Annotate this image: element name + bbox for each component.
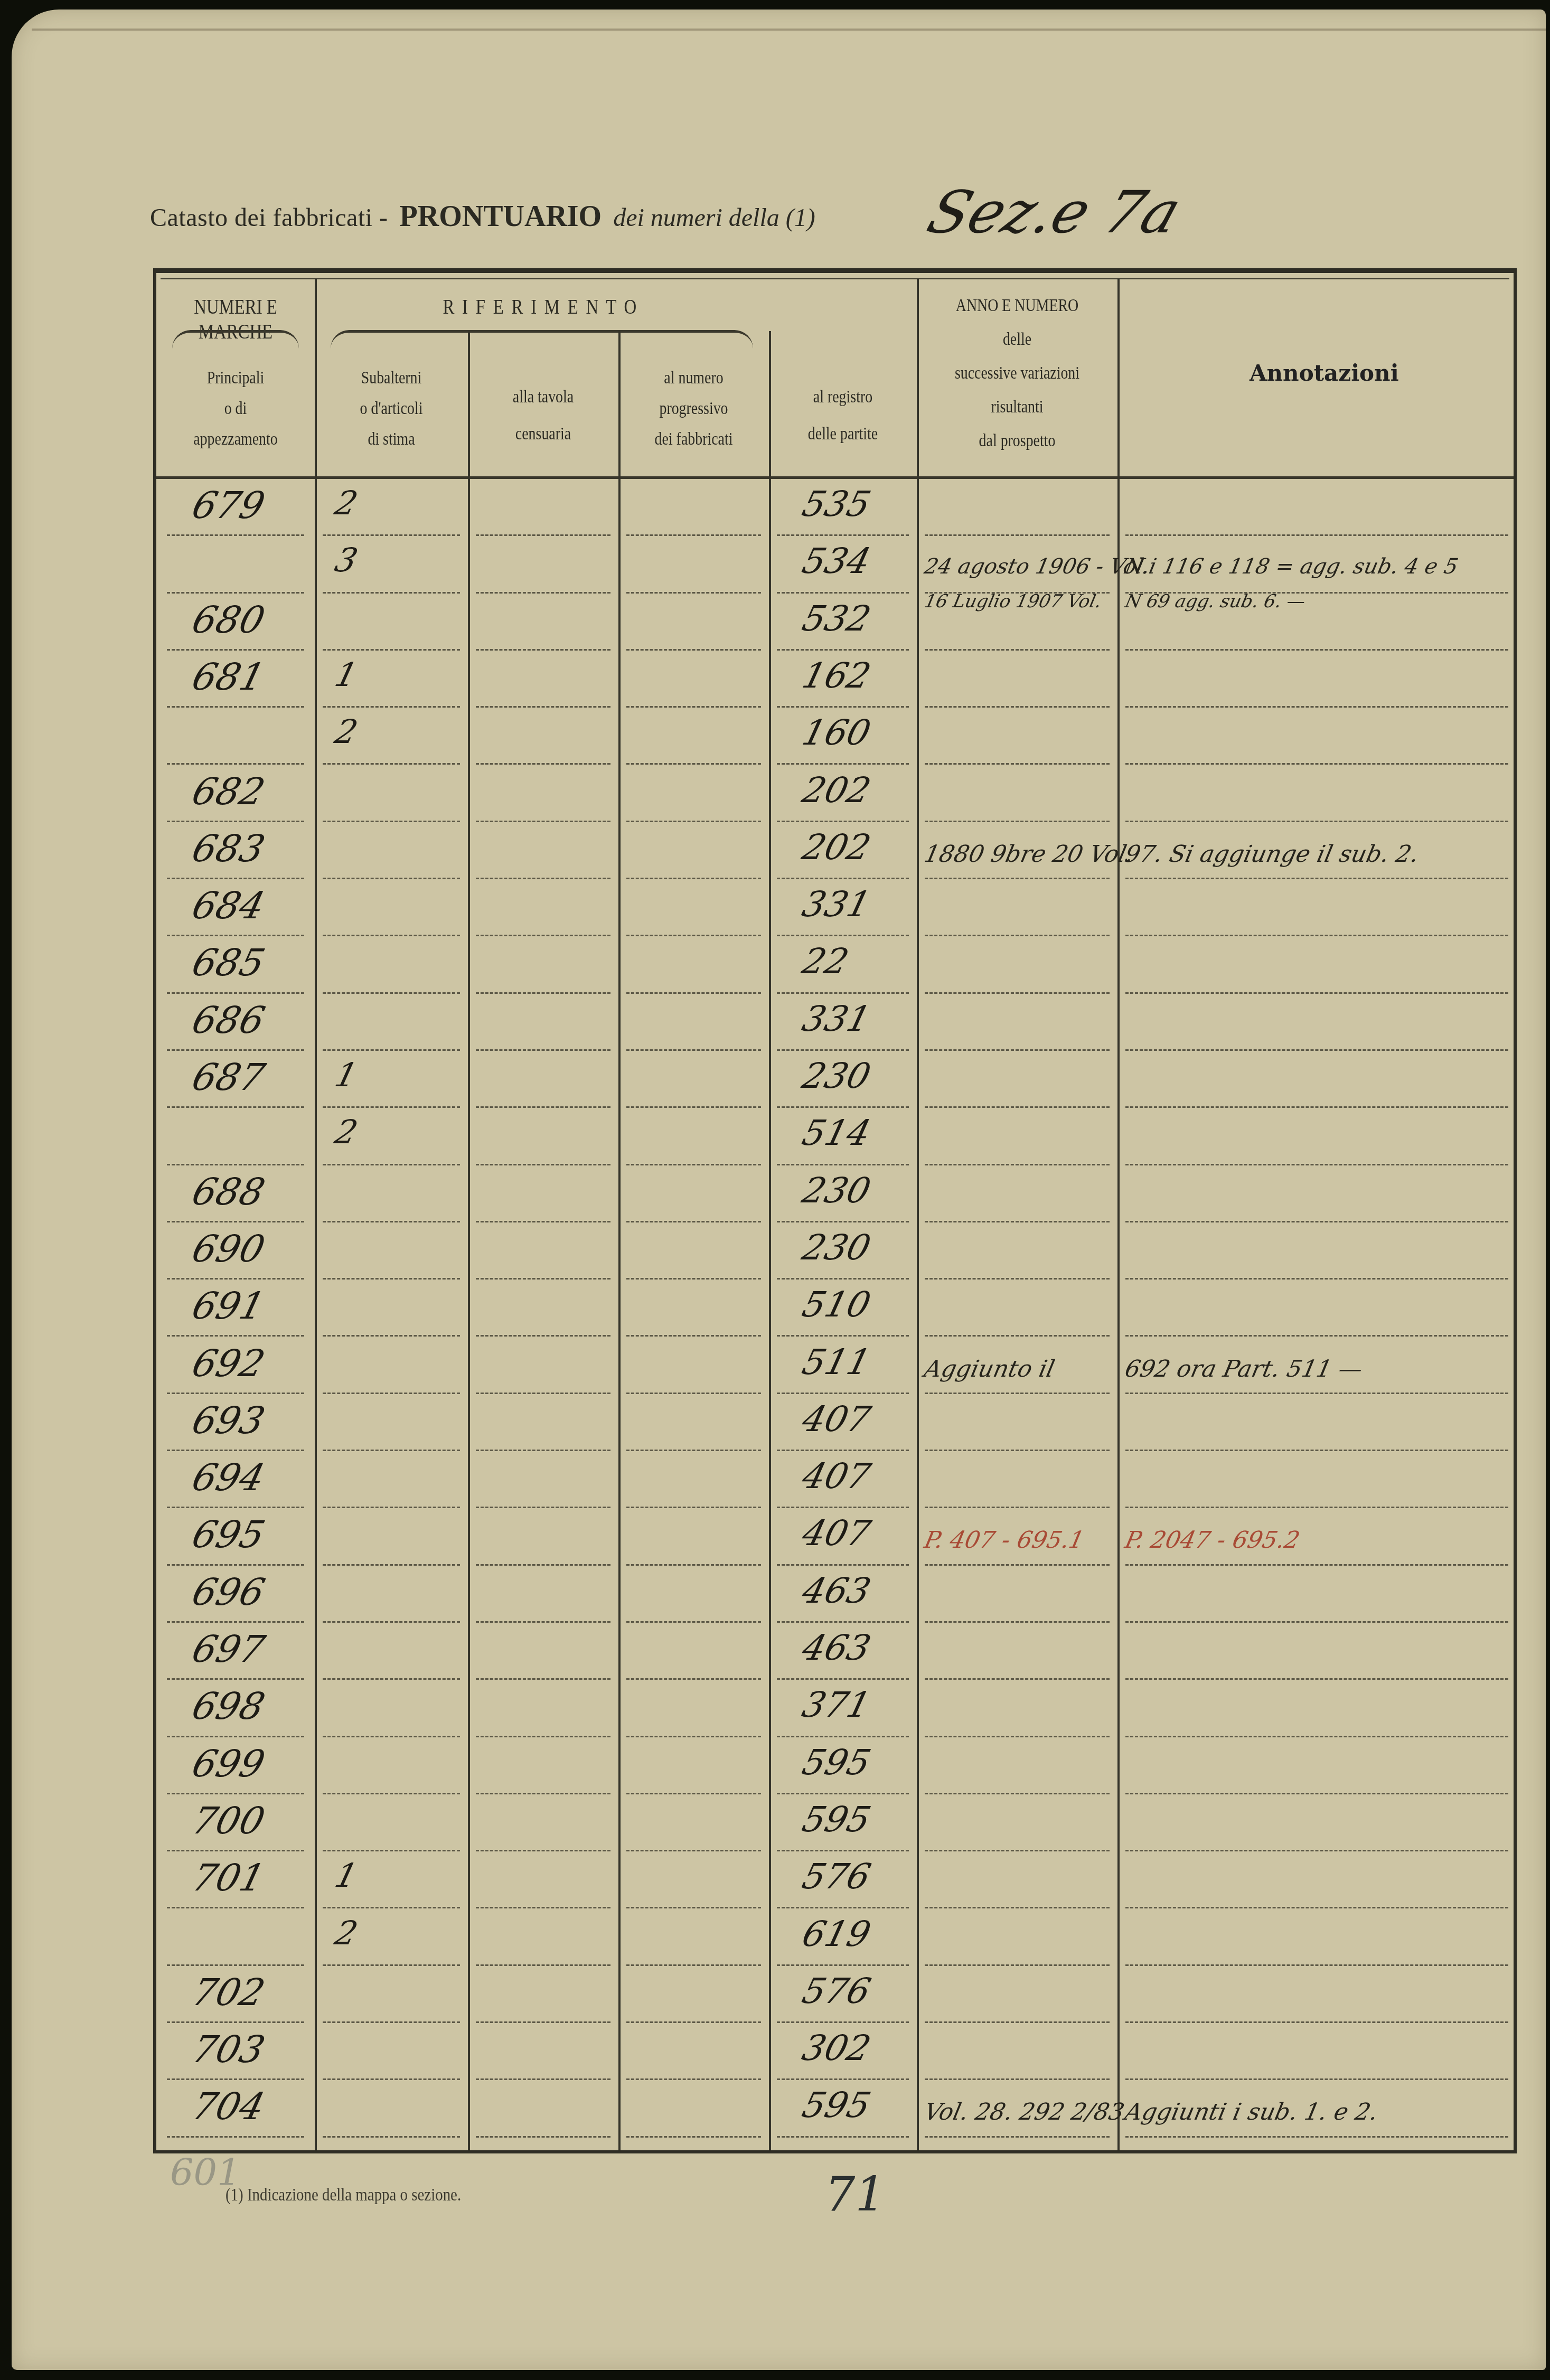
row-rule (476, 2021, 610, 2023)
header-text: al registro (782, 379, 904, 416)
row-rule (167, 1564, 304, 1566)
row-rule (925, 2078, 1110, 2080)
row-rule (476, 1450, 610, 1451)
header-annotazioni: Annotazioni (1250, 360, 1399, 386)
cell-principale: 693 (188, 1399, 269, 1442)
row-rule (626, 1793, 761, 1794)
row-rule (167, 1221, 304, 1222)
row-rule (167, 821, 304, 822)
row-rule (777, 1106, 909, 1108)
row-rule (925, 1678, 1110, 1680)
row-rule (167, 2021, 304, 2023)
row-rule (777, 1335, 909, 1337)
cell-subalterno: 2 (331, 1914, 362, 1952)
row-rule (167, 763, 304, 765)
row-rule (626, 1507, 761, 1508)
row-rule (777, 1907, 909, 1908)
row-rule (323, 1793, 460, 1794)
cell-registro: 532 (798, 598, 875, 639)
row-rule (167, 1621, 304, 1623)
row-rule (626, 2078, 761, 2080)
row-rule (323, 1736, 460, 1737)
row-rule (476, 1678, 610, 1680)
header-text: dal prospetto (935, 424, 1100, 458)
header-text: Subalterni (328, 363, 454, 393)
row-rule (626, 1678, 761, 1680)
row-rule (323, 2078, 460, 2080)
row-rule (925, 1335, 1110, 1337)
row-rule (925, 1393, 1110, 1394)
row-rule (167, 1278, 304, 1280)
header-text: al numero (632, 363, 756, 393)
cell-registro: 230 (798, 1227, 875, 1268)
header-text: censuaria (482, 416, 605, 453)
row-rule (777, 1221, 909, 1222)
row-rule (1125, 1907, 1508, 1908)
cell-principale: 703 (188, 2028, 269, 2071)
row-rule (323, 2136, 460, 2138)
row-rule (167, 2078, 304, 2080)
table-row: 2514 (156, 1111, 1514, 1168)
row-rule (777, 2078, 909, 2080)
row-rule (626, 1964, 761, 1966)
cell-registro: 514 (798, 1113, 875, 1153)
row-rule (476, 1106, 610, 1108)
row-rule (167, 992, 304, 994)
row-rule (1125, 1793, 1508, 1794)
row-rule (626, 1393, 761, 1394)
row-rule (1125, 2136, 1508, 2138)
row-rule (626, 2021, 761, 2023)
cell-principale: 696 (188, 1570, 269, 1614)
row-rule (167, 1964, 304, 1966)
row-rule (1125, 1335, 1508, 1337)
cell-registro: 576 (798, 1971, 875, 2011)
row-rule (777, 2021, 909, 2023)
cell-anno-variazioni: 16 Luglio 1907 Vol. (923, 591, 1104, 612)
cell-anno-variazioni: 24 agosto 1906 - Vol. (922, 554, 1152, 579)
row-rule (323, 1164, 460, 1165)
prontuario-table: NUMERI E MARCHE R I F E R I M E N T O Pr… (153, 268, 1517, 2153)
header-text: alla tavola (482, 379, 605, 416)
cell-principale: 699 (188, 1742, 269, 1785)
row-rule (476, 763, 610, 765)
cell-principale: 690 (188, 1227, 269, 1271)
row-rule (1125, 821, 1508, 822)
row-rule (925, 1164, 1110, 1165)
title-suffix: dei numeri della (1) (613, 204, 815, 232)
row-rule (777, 1678, 909, 1680)
footnote: (1) Indicazione della mappa o sezione. (226, 2185, 461, 2205)
row-rule (476, 1850, 610, 1851)
row-rule (167, 1678, 304, 1680)
cell-registro: 407 (798, 1456, 875, 1497)
cell-registro: 162 (798, 655, 875, 696)
row-rule (626, 1736, 761, 1737)
row-rule (1125, 878, 1508, 879)
cell-registro: 595 (798, 2085, 875, 2125)
page-title: Catasto dei fabbricati - PRONTUARIO dei … (150, 200, 815, 233)
cell-registro: 230 (798, 1170, 875, 1211)
row-rule (167, 1736, 304, 1737)
row-rule (777, 878, 909, 879)
cell-registro: 202 (798, 827, 875, 868)
cell-annotazioni: 692 ora Part. 511 — (1123, 1356, 1365, 1382)
header-anno: ANNO E NUMERO delle successive variazion… (935, 289, 1100, 458)
row-rule (167, 649, 304, 651)
cell-principale: 700 (188, 1799, 269, 1842)
row-rule (167, 706, 304, 708)
row-rule (925, 1507, 1110, 1508)
page-number: 71 (825, 2167, 886, 2222)
cell-registro: 202 (798, 770, 875, 811)
row-rule (323, 592, 460, 594)
table-row: 2160 (156, 710, 1514, 767)
row-rule (777, 1507, 909, 1508)
header-text: o di (171, 393, 300, 424)
header-subalterni: Subalterni o d'articoli di stima (328, 363, 454, 455)
row-rule (925, 1736, 1110, 1737)
row-rule (167, 935, 304, 936)
row-rule (1125, 1507, 1508, 1508)
row-rule (1125, 1049, 1508, 1051)
cell-registro: 463 (798, 1628, 875, 1668)
row-rule (323, 821, 460, 822)
table-row: 6832021880 9bre 20 Vol.97. Si aggiunge i… (156, 825, 1514, 882)
row-rule (323, 1907, 460, 1908)
row-rule (476, 1793, 610, 1794)
cell-annotazioni: Aggiunti i sub. 1. e 2. (1123, 2099, 1381, 2125)
row-rule (925, 2136, 1110, 2138)
row-rule (925, 1450, 1110, 1451)
table-row: 353424 agosto 1906 - Vol.N.i 116 e 118 =… (156, 539, 1514, 596)
row-rule (925, 1907, 1110, 1908)
row-rule (323, 1564, 460, 1566)
row-rule (925, 1278, 1110, 1280)
header-text: progressivo (632, 393, 756, 424)
row-rule (323, 706, 460, 708)
row-rule (476, 821, 610, 822)
row-rule (626, 1221, 761, 1222)
table-row: 699595 (156, 1740, 1514, 1797)
row-rule (1125, 1393, 1508, 1394)
table-row: 6792535 (156, 482, 1514, 539)
row-rule (167, 592, 304, 594)
section-handwritten: Sez.e 7a (919, 178, 1189, 246)
row-rule (925, 1564, 1110, 1566)
row-rule (626, 821, 761, 822)
row-rule (476, 935, 610, 936)
cell-subalterno: 1 (331, 1056, 362, 1094)
table-row: 693407 (156, 1397, 1514, 1454)
header-progressivo: al numero progressivo dei fabbricati (632, 363, 756, 455)
row-rule (777, 1278, 909, 1280)
cell-registro: 595 (798, 1799, 875, 1840)
row-rule (1125, 1106, 1508, 1108)
row-rule (476, 534, 610, 536)
row-rule (1125, 1678, 1508, 1680)
cell-registro: 463 (798, 1570, 875, 1611)
row-rule (777, 1164, 909, 1165)
table-row: 703302 (156, 2026, 1514, 2083)
cell-registro: 535 (798, 484, 875, 524)
table-row: 700595 (156, 1797, 1514, 1854)
table-row: 691510 (156, 1282, 1514, 1339)
row-rule (476, 2136, 610, 2138)
cell-principale: 695 (188, 1513, 269, 1556)
row-rule (626, 763, 761, 765)
header-registro: al registro delle partite (782, 379, 904, 453)
row-rule (1125, 1621, 1508, 1623)
cell-registro: 331 (798, 999, 875, 1039)
row-rule (1125, 1278, 1508, 1280)
header-text: ANNO E NUMERO (935, 289, 1100, 323)
row-rule (323, 1106, 460, 1108)
row-rule (777, 1736, 909, 1737)
header-text: delle (935, 323, 1100, 356)
table-row: 698371 (156, 1682, 1514, 1739)
row-rule (777, 1793, 909, 1794)
row-rule (323, 935, 460, 936)
cell-registro: 371 (798, 1685, 875, 1725)
cell-subalterno: 2 (331, 712, 362, 751)
row-rule (1125, 1850, 1508, 1851)
cell-principale: 686 (188, 999, 269, 1042)
cell-principale: 698 (188, 1685, 269, 1728)
row-rule (626, 2136, 761, 2138)
cell-principale: 687 (188, 1056, 269, 1099)
row-rule (777, 821, 909, 822)
row-rule (925, 878, 1110, 879)
row-rule (925, 649, 1110, 651)
title-main: PRONTUARIO (400, 200, 602, 233)
row-rule (777, 2136, 909, 2138)
cell-registro: 160 (798, 712, 875, 753)
cell-principale: 697 (188, 1628, 269, 1671)
table-row: 704595Vol. 28. 292 2/83Aggiunti i sub. 1… (156, 2083, 1514, 2140)
row-rule (626, 592, 761, 594)
table-row: 690230 (156, 1225, 1514, 1282)
header-text: risultanti (935, 390, 1100, 424)
row-rule (167, 1907, 304, 1908)
cell-annotazioni: N.i 116 e 118 = agg. sub. 4 e 5 (1123, 554, 1460, 579)
table-row: 682202 (156, 768, 1514, 825)
document-page: Catasto dei fabbricati - PRONTUARIO dei … (12, 10, 1546, 2370)
cell-subalterno: 2 (331, 484, 362, 522)
row-rule (1125, 706, 1508, 708)
cell-subalterno: 1 (331, 655, 362, 694)
row-rule (777, 1850, 909, 1851)
row-rule (1125, 1736, 1508, 1737)
row-rule (323, 2021, 460, 2023)
header-tavola: alla tavola censuaria (482, 379, 605, 453)
cell-registro: 331 (798, 884, 875, 925)
cell-registro: 407 (798, 1399, 875, 1440)
row-rule (925, 1221, 1110, 1222)
row-rule (323, 1393, 460, 1394)
cell-registro: 510 (798, 1284, 875, 1325)
row-rule (323, 1678, 460, 1680)
row-rule (476, 992, 610, 994)
row-rule (167, 2136, 304, 2138)
table-row: 697463 (156, 1625, 1514, 1682)
row-rule (323, 763, 460, 765)
cell-principale: 701 (188, 1856, 269, 1899)
row-rule (1125, 1564, 1508, 1566)
row-rule (777, 1049, 909, 1051)
row-rule (626, 1278, 761, 1280)
row-rule (167, 1793, 304, 1794)
row-rule (323, 1964, 460, 1966)
cell-principale: 688 (188, 1170, 269, 1213)
row-rule (167, 1507, 304, 1508)
row-rule (476, 1335, 610, 1337)
cell-principale: 682 (188, 770, 269, 813)
row-rule (167, 1335, 304, 1337)
row-rule (476, 592, 610, 594)
row-rule (925, 2021, 1110, 2023)
row-rule (626, 706, 761, 708)
table-row: 686331 (156, 996, 1514, 1053)
row-rule (476, 649, 610, 651)
header-text: di stima (328, 424, 454, 455)
cell-registro: 230 (798, 1056, 875, 1096)
row-rule (323, 1049, 460, 1051)
row-rule (626, 534, 761, 536)
row-rule (626, 1564, 761, 1566)
cell-annotazioni: P. 2047 - 695.2 (1123, 1527, 1302, 1554)
row-rule (323, 1621, 460, 1623)
row-rule (925, 935, 1110, 936)
table-row: 68522 (156, 939, 1514, 996)
row-rule (777, 1393, 909, 1394)
row-rule (925, 763, 1110, 765)
row-rule (476, 1164, 610, 1165)
row-rule (476, 1221, 610, 1222)
row-rule (167, 878, 304, 879)
row-rule (476, 1393, 610, 1394)
row-rule (626, 649, 761, 651)
row-rule (167, 1049, 304, 1051)
row-rule (323, 1450, 460, 1451)
row-rule (476, 1736, 610, 1737)
row-rule (626, 1850, 761, 1851)
cell-principale: 683 (188, 827, 269, 870)
cell-subalterno: 1 (331, 1856, 362, 1895)
cell-anno-variazioni: Aggiunto il (922, 1356, 1057, 1382)
cell-registro: 534 (798, 541, 875, 581)
cell-annotazioni: 97. Si aggiunge il sub. 2. (1123, 841, 1422, 868)
row-rule (323, 649, 460, 651)
row-rule (925, 706, 1110, 708)
cell-principale: 684 (188, 884, 269, 927)
row-rule (323, 534, 460, 536)
brace-riferimento (331, 330, 753, 349)
cell-anno-variazioni: Vol. 28. 292 2/83 (922, 2099, 1127, 2125)
cell-registro: 511 (798, 1342, 875, 1382)
cell-annotazioni: N 69 agg. sub. 6. — (1123, 591, 1308, 612)
row-rule (323, 1335, 460, 1337)
row-rule (323, 1850, 460, 1851)
row-rule (476, 1907, 610, 1908)
row-rule (777, 1621, 909, 1623)
row-rule (626, 1049, 761, 1051)
header-text: successive variazioni (935, 356, 1100, 390)
header-text: delle partite (782, 416, 904, 453)
row-rule (476, 706, 610, 708)
row-rule (925, 821, 1110, 822)
row-rule (1125, 763, 1508, 765)
row-rule (1125, 2021, 1508, 2023)
row-rule (476, 1564, 610, 1566)
table-row: 68053216 Luglio 1907 Vol.N 69 agg. sub. … (156, 596, 1514, 653)
row-rule (925, 1964, 1110, 1966)
row-rule (777, 935, 909, 936)
row-rule (167, 1164, 304, 1165)
row-rule (626, 992, 761, 994)
header-text: Principali (171, 363, 300, 393)
row-rule (1125, 1221, 1508, 1222)
cell-principale: 702 (188, 1971, 269, 2014)
cell-principale: 680 (188, 598, 269, 642)
cell-principale: 679 (188, 484, 269, 527)
cell-registro: 22 (798, 941, 852, 982)
row-rule (167, 1106, 304, 1108)
row-rule (323, 1507, 460, 1508)
row-rule (626, 1450, 761, 1451)
row-rule (626, 1907, 761, 1908)
table-row: 2619 (156, 1912, 1514, 1969)
row-rule (1125, 935, 1508, 936)
row-rule (925, 992, 1110, 994)
cell-principale: 694 (188, 1456, 269, 1499)
row-rule (476, 1278, 610, 1280)
row-rule (1125, 992, 1508, 994)
row-rule (626, 935, 761, 936)
cell-registro: 302 (798, 2028, 875, 2068)
table-row: 702576 (156, 1969, 1514, 2026)
row-rule (476, 1964, 610, 1966)
row-rule (626, 1106, 761, 1108)
table-row: 6811162 (156, 653, 1514, 710)
row-rule (777, 592, 909, 594)
cell-subalterno: 2 (331, 1113, 362, 1151)
table-row: 688230 (156, 1168, 1514, 1225)
row-rule (167, 1850, 304, 1851)
cell-principale: 681 (188, 655, 269, 699)
row-rule (476, 2078, 610, 2080)
row-rule (777, 1564, 909, 1566)
cell-anno-variazioni: 1880 9bre 20 Vol. (922, 841, 1136, 868)
row-rule (1125, 2078, 1508, 2080)
table-row: 7011576 (156, 1854, 1514, 1911)
row-rule (167, 1450, 304, 1451)
table-row: 692511Aggiunto il692 ora Part. 511 — (156, 1340, 1514, 1397)
brace-numeri (172, 330, 299, 349)
cell-registro: 619 (798, 1914, 875, 1954)
row-rule (323, 878, 460, 879)
row-rule (777, 534, 909, 536)
cell-principale: 685 (188, 941, 269, 984)
row-rule (777, 649, 909, 651)
header-divider (156, 476, 1514, 479)
row-rule (626, 1621, 761, 1623)
row-rule (777, 992, 909, 994)
row-rule (777, 763, 909, 765)
row-rule (626, 1335, 761, 1337)
row-rule (925, 1621, 1110, 1623)
row-rule (925, 1793, 1110, 1794)
